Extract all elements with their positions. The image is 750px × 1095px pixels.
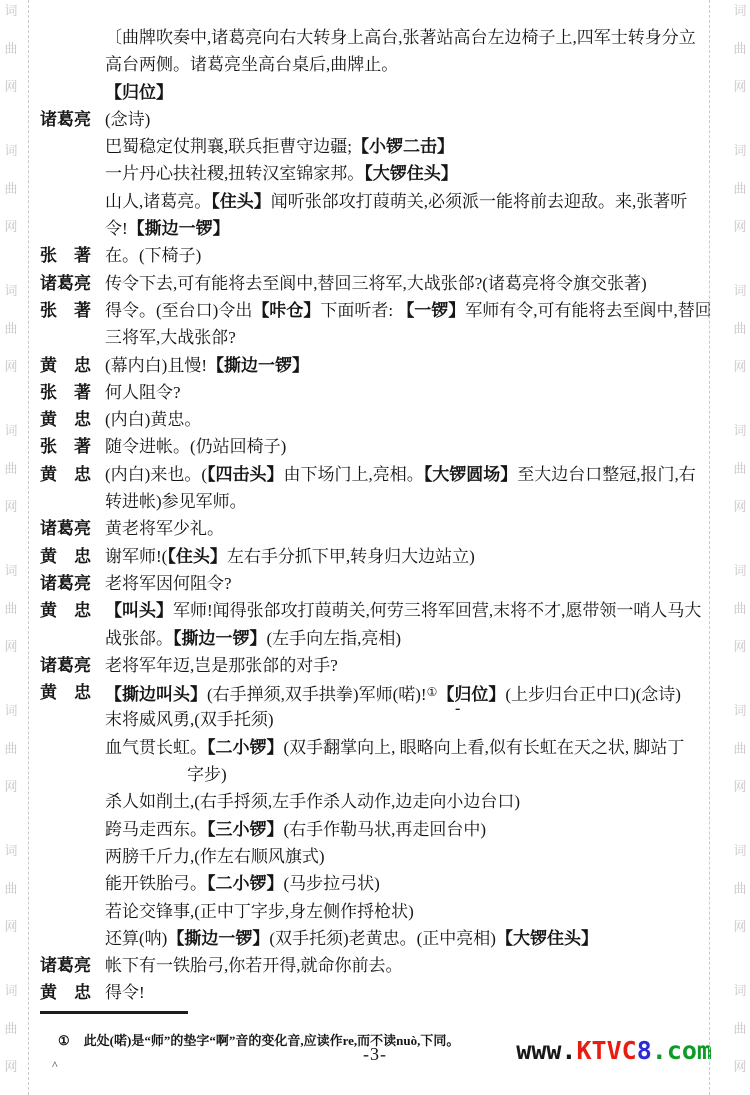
dialogue-text: 杀人如削土,(右手捋须,左手作杀人动作,边走向小边台口) (105, 788, 520, 815)
side-watermark-text: 词曲网 (733, 144, 746, 234)
side-watermark-text: 词曲网 (733, 984, 746, 1074)
script-line: 张 著随令进帐。(仍站回椅子) (40, 433, 725, 460)
script-line: 黄 忠【叫头】军师!闻得张郃攻打葭萌关,何劳三将军回营,末将不才,愿带领一哨人马… (40, 597, 725, 624)
dialogue-text: 战张郃。【撕边一锣】(左手向左指,亮相) (105, 625, 401, 652)
site-watermark-segment: KTVC (577, 1036, 637, 1065)
script-line: 【归位】 (40, 79, 725, 106)
script-line: 诸葛亮黄老将军少礼。 (40, 515, 725, 542)
script-line: 黄 忠谢军师!(【住头】左右手分抓下甲,转身归大边站立) (40, 543, 725, 570)
dialogue-text: (内白)来也。(【四击头】由下场门上,亮相。【大锣圆场】至大边台口整冠,报门,右 (105, 461, 696, 488)
side-watermark-text: 词曲网 (733, 284, 746, 374)
speaker-name: 张 著 (40, 379, 102, 406)
script-line: 若论交锋事,(正中丁字步,身左侧作捋枪状) (40, 898, 725, 925)
script-line: 高台两侧。诸葛亮坐高台桌后,曲牌止。 (40, 51, 725, 78)
side-watermark-text: 词曲网 (4, 704, 17, 794)
dialogue-text: 老将军因何阻令? (105, 570, 232, 597)
script-line: 诸葛亮传令下去,可有能将去至阆中,替回三将军,大战张郃?(诸葛亮将令旗交张著) (40, 270, 725, 297)
dialogue-text: 一片丹心扶社稷,扭转汉室锦家邦。【大锣住头】 (105, 160, 458, 187)
script-line: 杀人如削土,(右手捋须,左手作杀人动作,边走向小边台口) (40, 788, 725, 815)
dialogue-text: 帐下有一铁胎弓,你若开得,就命你前去。 (105, 952, 403, 979)
script-line: 诸葛亮老将军因何阻令? (40, 570, 725, 597)
script-line: 张 著在。(下椅子) (40, 242, 725, 269)
script-line: 诸葛亮老将军年迈,岂是那张郃的对手? (40, 652, 725, 679)
script-line: 能开铁胎弓。【二小锣】(马步拉弓状) (40, 870, 725, 897)
side-watermark-text: 词曲网 (733, 564, 746, 654)
script-line: 还算(呐)【撕边一锣】(双手托须)老黄忠。(正中亮相)【大锣住头】 (40, 925, 725, 952)
side-watermark-text: 词曲网 (4, 844, 17, 934)
dialogue-text: 血气贯长虹。【二小锣】(双手翻掌向上, 眼略向上看,似有长虹在天之状, 脚站丁 (105, 734, 684, 761)
side-watermark-text: 词曲网 (4, 4, 17, 94)
script-line: 转进帐)参见军师。 (40, 488, 725, 515)
speaker-name: 黄 忠 (40, 406, 102, 433)
dialogue-text: 字步) (187, 761, 227, 788)
speaker-name: 诸葛亮 (40, 952, 102, 979)
script-line: 张 著得令。(至台口)令出【咔仓】下面听者: 【一锣】军师有令,可有能将去至阆中… (40, 297, 725, 324)
dialogue-text: (幕内白)且慢!【撕边一锣】 (105, 352, 309, 379)
dialogue-text: 高台两侧。诸葛亮坐高台桌后,曲牌止。 (105, 51, 398, 78)
dialogue-text: 何人阻令? (105, 379, 181, 406)
side-watermark-text: 词曲网 (733, 844, 746, 934)
dialogue-text: 跨马走西东。【三小锣】(右手作勒马状,再走回台中) (105, 816, 486, 843)
speaker-name: 张 著 (40, 242, 102, 269)
dialogue-text: 在。(下椅子) (105, 242, 201, 269)
script-line: 末将威风勇,(双手托须) (40, 706, 725, 733)
script-line: 诸葛亮(念诗) (40, 106, 725, 133)
script-line: 令!【撕边一锣】 (40, 215, 725, 242)
script-line: 跨马走西东。【三小锣】(右手作勒马状,再走回台中) (40, 816, 725, 843)
left-margin-dashed-line (28, 0, 29, 1095)
dialogue-text: 老将军年迈,岂是那张郃的对手? (105, 652, 338, 679)
dialogue-text: 若论交锋事,(正中丁字步,身左侧作捋枪状) (105, 898, 414, 925)
site-watermark-segment: .com (652, 1036, 712, 1065)
scanned-script-page: 词曲网词曲网词曲网词曲网词曲网词曲网词曲网词曲网 〔曲牌吹奏中,诸葛亮向右大转身… (0, 0, 750, 1095)
dialogue-text: 得令。(至台口)令出【咔仓】下面听者: 【一锣】军师有令,可有能将去至阆中,替回 (105, 297, 712, 324)
dialogue-text: 【撕边叫头】(右手掸须,双手拱拳)军师(喏)!①【归位】(上步归台正中口)(念诗… (105, 679, 681, 708)
left-side-watermark-column: 词曲网词曲网词曲网词曲网词曲网词曲网词曲网词曲网 (2, 4, 20, 1095)
side-watermark-text: 词曲网 (4, 284, 17, 374)
site-watermark-segment: 8 (637, 1036, 652, 1065)
script-line: 一片丹心扶社稷,扭转汉室锦家邦。【大锣住头】 (40, 160, 725, 187)
speaker-name: 诸葛亮 (40, 570, 102, 597)
side-watermark-text: 词曲网 (733, 4, 746, 94)
side-watermark-text: 词曲网 (4, 564, 17, 654)
side-watermark-text: 词曲网 (733, 424, 746, 514)
dialogue-text: 随令进帐。(仍站回椅子) (105, 433, 286, 460)
dialogue-text: 山人,诸葛亮。【住头】闻听张郃攻打葭萌关,必须派一能将前去迎敌。来,张著听 (105, 188, 687, 215)
speaker-name: 黄 忠 (40, 597, 102, 624)
dialogue-text: 两膀千斤力,(作左右顺风旗式) (105, 843, 325, 870)
script-line: 黄 忠【撕边叫头】(右手掸须,双手拱拳)军师(喏)!①【归位】(上步归台正中口)… (40, 679, 725, 706)
dialogue-text: 黄老将军少礼。 (105, 515, 224, 542)
script-line: 黄 忠(幕内白)且慢!【撕边一锣】 (40, 352, 725, 379)
script-lines: 〔曲牌吹奏中,诸葛亮向右大转身上高台,张著站高台左边椅子上,四军士转身分立高台两… (40, 24, 725, 1007)
speaker-name: 黄 忠 (40, 679, 102, 706)
dialogue-text: 能开铁胎弓。【二小锣】(马步拉弓状) (105, 870, 380, 897)
site-watermark-segment: www. (516, 1036, 576, 1065)
right-side-watermark-column: 词曲网词曲网词曲网词曲网词曲网词曲网词曲网词曲网 (731, 4, 749, 1095)
script-line: 血气贯长虹。【二小锣】(双手翻掌向上, 眼略向上看,似有长虹在天之状, 脚站丁 (40, 734, 725, 761)
script-line: 巴蜀稳定仗荆襄,联兵拒曹守边疆;【小锣二击】 (40, 133, 725, 160)
footnote-divider (40, 1011, 188, 1014)
dialogue-text: 得令! (105, 979, 145, 1006)
dialogue-text: 传令下去,可有能将去至阆中,替回三将军,大战张郃?(诸葛亮将令旗交张著) (105, 270, 647, 297)
script-line: 黄 忠(内白)黄忠。 (40, 406, 725, 433)
dialogue-text: (内白)黄忠。 (105, 406, 201, 433)
dialogue-text: 还算(呐)【撕边一锣】(双手托须)老黄忠。(正中亮相)【大锣住头】 (105, 925, 598, 952)
speaker-name: 黄 忠 (40, 352, 102, 379)
script-line: 诸葛亮帐下有一铁胎弓,你若开得,就命你前去。 (40, 952, 725, 979)
script-line: 字步) (40, 761, 725, 788)
dialogue-text: 巴蜀稳定仗荆襄,联兵拒曹守边疆;【小锣二击】 (105, 133, 454, 160)
dialogue-text: (念诗) (105, 106, 150, 133)
speaker-name: 诸葛亮 (40, 106, 102, 133)
side-watermark-text: 词曲网 (4, 144, 17, 234)
dialogue-text: 谢军师!(【住头】左右手分抓下甲,转身归大边站立) (105, 543, 475, 570)
speaker-name: 张 著 (40, 297, 102, 324)
side-watermark-text: 词曲网 (733, 704, 746, 794)
dialogue-text: 令!【撕边一锣】 (105, 215, 230, 242)
speaker-name: 诸葛亮 (40, 515, 102, 542)
script-line: 战张郃。【撕边一锣】(左手向左指,亮相) (40, 625, 725, 652)
speaker-name: 诸葛亮 (40, 270, 102, 297)
dialogue-text: 末将威风勇,(双手托须) (105, 706, 274, 733)
speaker-name: 黄 忠 (40, 979, 102, 1006)
script-line: 黄 忠得令! (40, 979, 725, 1006)
scan-artifact-dash: - (455, 700, 460, 718)
dialogue-text: 三将军,大战张郃? (105, 324, 236, 351)
side-watermark-text: 词曲网 (4, 424, 17, 514)
right-margin-dashed-line (709, 0, 710, 1095)
script-line: 黄 忠(内白)来也。(【四击头】由下场门上,亮相。【大锣圆场】至大边台口整冠,报… (40, 461, 725, 488)
script-line: 三将军,大战张郃? (40, 324, 725, 351)
dialogue-text: 【归位】 (105, 79, 173, 106)
speaker-name: 张 著 (40, 433, 102, 460)
script-line: 两膀千斤力,(作左右顺风旗式) (40, 843, 725, 870)
dialogue-text: 【叫头】军师!闻得张郃攻打葭萌关,何劳三将军回营,末将不才,愿带领一哨人马大 (105, 597, 701, 624)
script-line: 张 著何人阻令? (40, 379, 725, 406)
speaker-name: 黄 忠 (40, 543, 102, 570)
site-watermark: www.KTVC8.com (516, 1036, 712, 1065)
script-line: 山人,诸葛亮。【住头】闻听张郃攻打葭萌关,必须派一能将前去迎敌。来,张著听 (40, 188, 725, 215)
speaker-name: 黄 忠 (40, 461, 102, 488)
dialogue-text: 转进帐)参见军师。 (105, 488, 247, 515)
dialogue-text: 〔曲牌吹奏中,诸葛亮向右大转身上高台,张著站高台左边椅子上,四军士转身分立 (105, 24, 696, 51)
speaker-name: 诸葛亮 (40, 652, 102, 679)
script-line: 〔曲牌吹奏中,诸葛亮向右大转身上高台,张著站高台左边椅子上,四军士转身分立 (40, 24, 725, 51)
